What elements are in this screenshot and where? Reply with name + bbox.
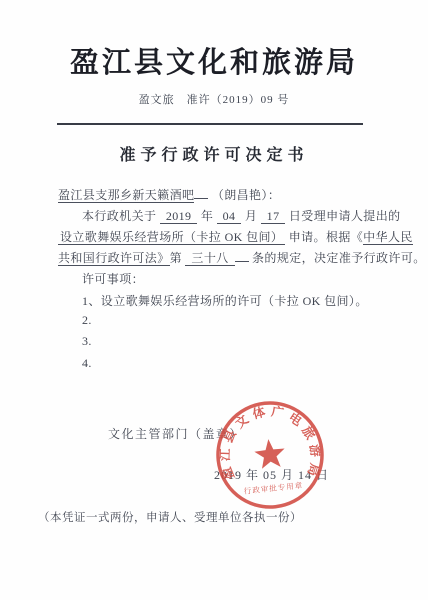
seal-inner-text: 行政审批专用章 xyxy=(243,480,303,496)
operator-name: （朗昌艳）： xyxy=(212,188,280,202)
law-name-start: 中华人民 xyxy=(363,230,413,245)
agency-title: 盈江县文化和旅游局 xyxy=(0,40,428,81)
body-text: 日受理申请人提出的 xyxy=(289,209,401,223)
applicant-name: 盈江县支那乡新天籁酒吧 xyxy=(58,188,194,203)
blank-article-number: 三十八 xyxy=(185,251,234,266)
header-divider xyxy=(57,123,363,125)
permit-item: 3. xyxy=(82,334,92,349)
body-text: 条的规定，决定准予行政许可。 xyxy=(252,251,426,265)
document-title: 准予行政许可决定书 xyxy=(0,142,428,165)
body-text: 月 xyxy=(245,209,257,223)
permit-item: 2. xyxy=(82,313,92,328)
document-number: 盈文旅 准许（2019）09 号 xyxy=(0,91,428,107)
body-text: 申请。根据《 xyxy=(289,230,363,244)
seal-star-icon xyxy=(253,437,286,469)
blank-year: 2019 xyxy=(160,209,198,224)
blank-permit-matter: 设立歌舞娱乐经营场所（卡拉 OK 包间） xyxy=(58,230,285,245)
blank-day: 17 xyxy=(261,209,286,224)
permit-item: 4. xyxy=(82,356,92,371)
law-name-end: 共和国行政许可法》 xyxy=(58,251,170,266)
body-line-2: 设立歌舞娱乐经营场所（卡拉 OK 包间） 申请。根据《中华人民 xyxy=(58,228,413,245)
blank-month: 04 xyxy=(217,209,242,224)
body-text: 本行政机关于 xyxy=(82,209,156,223)
items-heading: 许可事项： xyxy=(82,270,144,287)
body-line-3: 共和国行政许可法》第 三十八 条的规定，决定准予行政许可。 xyxy=(58,249,426,266)
permit-document-page: 盈江县文化和旅游局 盈文旅 准许（2019）09 号 准予行政许可决定书 盈江县… xyxy=(0,0,428,600)
official-seal: 盈江县文体广电旅游局 行政审批专用章 xyxy=(203,390,337,520)
salutation-line: 盈江县支那乡新天籁酒吧 （朗昌艳）： xyxy=(58,186,280,203)
permit-item: 1、设立歌舞娱乐经营场所的许可（卡拉 OK 包间）。 xyxy=(82,292,368,309)
body-text: 第 xyxy=(170,251,182,265)
body-line-1: 本行政机关于 2019 年 04 月 17 日受理申请人提出的 xyxy=(58,207,401,224)
body-text: 年 xyxy=(201,209,213,223)
